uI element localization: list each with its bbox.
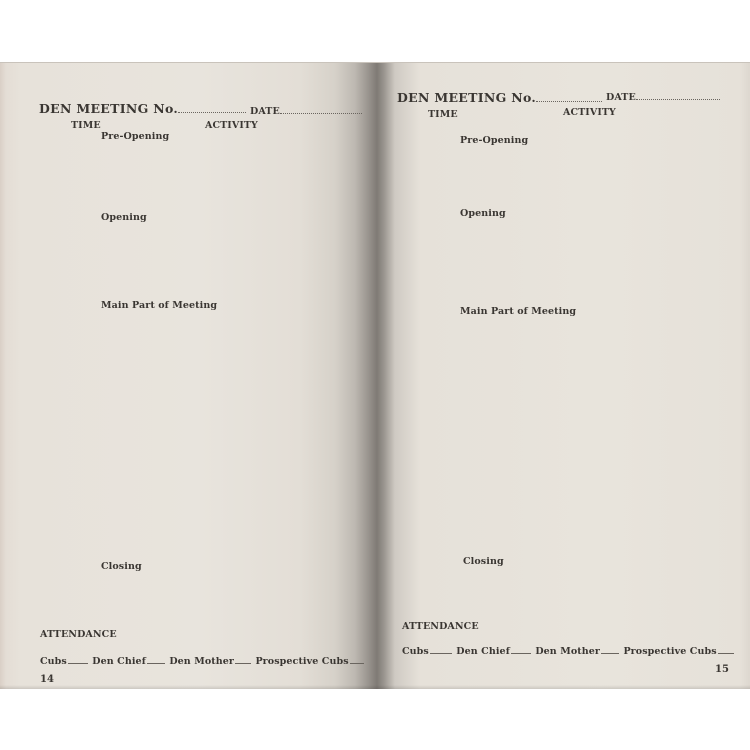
activity-column-header: ACTIVITY [205,120,258,131]
date-blank[interactable] [280,104,362,114]
right-page: DEN MEETING No. DATE TIME ACTIVITY Pre-O… [375,63,750,689]
date-label: DATE [606,92,636,103]
time-column-header: TIME [428,109,458,120]
den-chief-label: Den Chief [92,656,146,667]
date-label: DATE [250,106,280,117]
attendance-title: ATTENDANCE [402,621,479,632]
section-closing: Closing [463,556,504,567]
den-mother-blank[interactable] [235,655,251,664]
meeting-label: DEN MEETING No. [39,101,178,116]
den-mother-label: Den Mother [535,646,600,657]
cubs-blank[interactable] [68,655,88,664]
prospective-cubs-label: Prospective Cubs [623,646,716,657]
den-meeting-number-field: DEN MEETING No. [39,101,246,116]
prospective-cubs-blank[interactable] [350,655,364,664]
page-number: 15 [715,664,729,675]
den-meeting-number-field: DEN MEETING No. [397,90,602,105]
date-field: DATE [250,104,362,117]
den-chief-blank[interactable] [147,655,165,664]
section-closing: Closing [101,561,142,572]
prospective-cubs-blank[interactable] [718,645,734,654]
section-main-part: Main Part of Meeting [460,306,576,317]
meeting-number-blank[interactable] [178,103,246,113]
section-pre-opening: Pre-Opening [101,131,169,142]
den-chief-label: Den Chief [456,646,510,657]
prospective-cubs-label: Prospective Cubs [255,656,348,667]
meeting-number-blank[interactable] [536,92,602,102]
section-main-part: Main Part of Meeting [101,300,217,311]
meeting-label: DEN MEETING No. [397,90,536,105]
den-chief-blank[interactable] [511,645,531,654]
cubs-label: Cubs [402,646,429,657]
section-pre-opening: Pre-Opening [460,135,528,146]
open-book: DEN MEETING No. DATE TIME ACTIVITY Pre-O… [0,62,750,689]
attendance-row: Cubs Den Chief Den Mother Prospective Cu… [40,655,365,667]
attendance-title: ATTENDANCE [40,629,117,640]
den-mother-label: Den Mother [169,656,234,667]
left-page: DEN MEETING No. DATE TIME ACTIVITY Pre-O… [0,63,375,689]
den-mother-blank[interactable] [601,645,619,654]
section-opening: Opening [101,212,147,223]
cubs-label: Cubs [40,656,67,667]
cubs-blank[interactable] [430,645,452,654]
section-opening: Opening [460,208,506,219]
attendance-row: Cubs Den Chief Den Mother Prospective Cu… [402,645,735,657]
date-field: DATE [606,90,720,103]
activity-column-header: ACTIVITY [563,107,616,118]
page-number: 14 [40,674,54,685]
date-blank[interactable] [636,90,720,100]
time-column-header: TIME [71,120,101,131]
